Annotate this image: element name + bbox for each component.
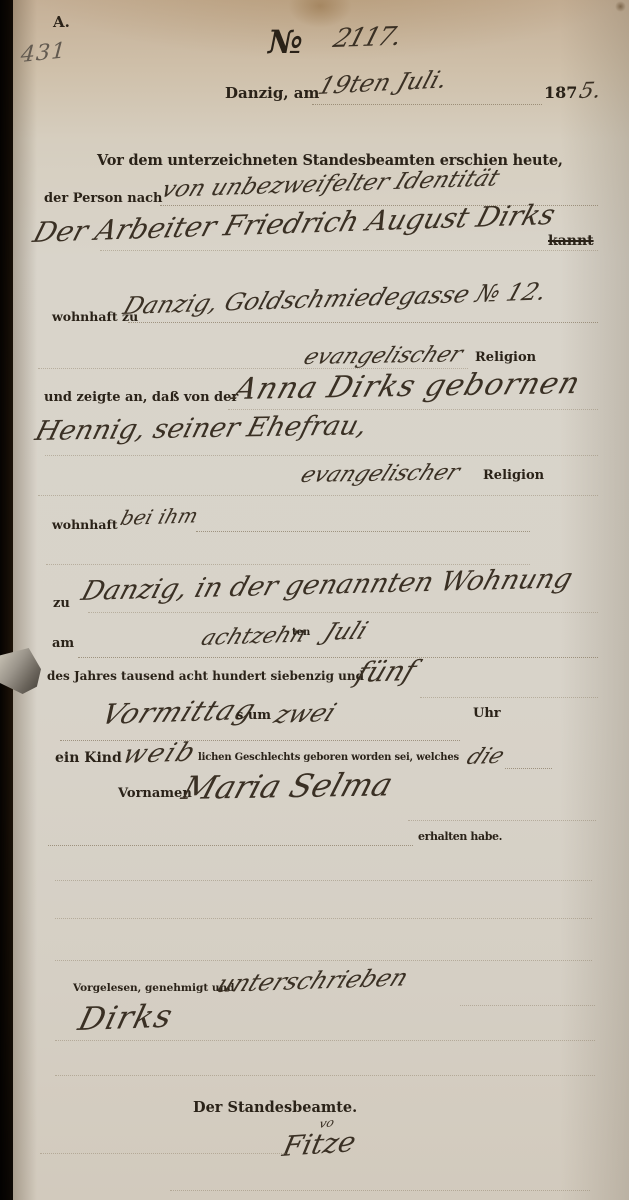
ruled-line: [460, 1005, 595, 1006]
day-label: am: [52, 637, 74, 651]
book-binding-edge: [0, 0, 13, 1200]
archive-page-number: 431: [20, 39, 67, 67]
ruled-line: [55, 1040, 595, 1041]
ruled-line: [55, 880, 592, 881]
ruled-line: [60, 740, 460, 741]
residence2-label: wohnhaft: [52, 518, 118, 531]
ruled-line: [408, 820, 596, 821]
record-number-sign: №: [268, 26, 303, 60]
record-number: 2117.: [330, 24, 403, 54]
ruled-line: [88, 612, 598, 613]
ruled-line: [196, 531, 530, 532]
hour-handwritten: zwei: [270, 700, 340, 728]
ruled-line: [228, 409, 598, 410]
ruled-line: [55, 918, 592, 919]
ruled-line: [45, 455, 598, 456]
child-label-b: lichen Geschlechts geboren worden sei, w…: [198, 753, 459, 764]
ruled-line: [48, 845, 413, 846]
yearline-label: des Jahres tausend acht hundert siebenzi…: [47, 670, 364, 683]
binding-shadow: [13, 0, 37, 1200]
closing-label: Vorgelesen, genehmigt und: [73, 983, 234, 994]
residence2-handwritten: bei ihm: [118, 505, 201, 529]
received-label: erhalten habe.: [418, 831, 502, 843]
gender-handwritten: weib: [118, 740, 201, 770]
religion2-handwritten: evangelischer: [297, 461, 463, 487]
child-label-a: ein Kind: [55, 751, 122, 766]
uhr-label: Uhr: [473, 707, 501, 721]
birth-record-scan: A. 431 № 2117. Danzig, am 19ten Juli. 18…: [0, 0, 629, 1200]
ruled-line: [128, 322, 598, 323]
declarant-name-handwritten: Der Arbeiter Friedrich August Dirks: [30, 200, 559, 247]
closing-handwritten: unterschrieben: [213, 966, 412, 998]
paper-speck: [615, 1, 626, 12]
yearline-handwritten: fünf: [352, 656, 420, 687]
report-label: und zeigte an, daß von der: [44, 391, 238, 405]
birthplace-label: zu: [53, 597, 70, 611]
place-date-label: Danzig, am: [225, 86, 319, 102]
day-suffix: ten: [292, 628, 310, 639]
month-handwritten: Juli: [320, 619, 371, 646]
ruled-line: [100, 250, 598, 251]
identity-label: der Person nach: [44, 192, 163, 206]
struck-word: kannt: [548, 234, 594, 249]
registrar-signature: Fitze: [280, 1127, 359, 1161]
ruled-line: [312, 104, 542, 105]
residence-handwritten: Danzig, Goldschmiedegasse № 12.: [120, 279, 550, 319]
registrar-title: Der Standesbeamte.: [193, 1100, 357, 1115]
ruled-line: [170, 1190, 590, 1191]
ruled-line: [78, 657, 598, 658]
ruled-line: [46, 564, 530, 565]
declarant-signature: Dirks: [75, 1000, 176, 1037]
ruled-line: [55, 1075, 595, 1076]
time-mid-label: s um: [236, 709, 271, 723]
ruled-line: [55, 960, 592, 961]
religion1-label: Religion: [475, 351, 536, 365]
date-handwritten: 19ten Juli.: [315, 67, 451, 99]
year-printed: 187: [544, 85, 577, 102]
birthplace-handwritten: Danzig, in der genannten Wohnung: [78, 565, 576, 606]
religion1-handwritten: evangelischer: [300, 343, 466, 369]
ruled-line: [420, 697, 598, 698]
article-handwritten: die: [463, 745, 508, 769]
identity-handwritten: von unbezweifelter Identität: [158, 166, 503, 202]
mother-birthname-handwritten: Hennig, seiner Ehefrau,: [32, 412, 370, 446]
mother-name-handwritten: Anna Dirks gebornen: [230, 368, 584, 405]
religion2-label: Religion: [483, 469, 544, 483]
firstnames-handwritten: Maria Selma: [178, 768, 397, 805]
form-letter: A.: [53, 15, 70, 31]
ruled-line: [505, 768, 552, 769]
ruled-line: [40, 1153, 290, 1154]
ruled-line: [38, 495, 598, 496]
year-handwritten: 5.: [577, 79, 603, 103]
